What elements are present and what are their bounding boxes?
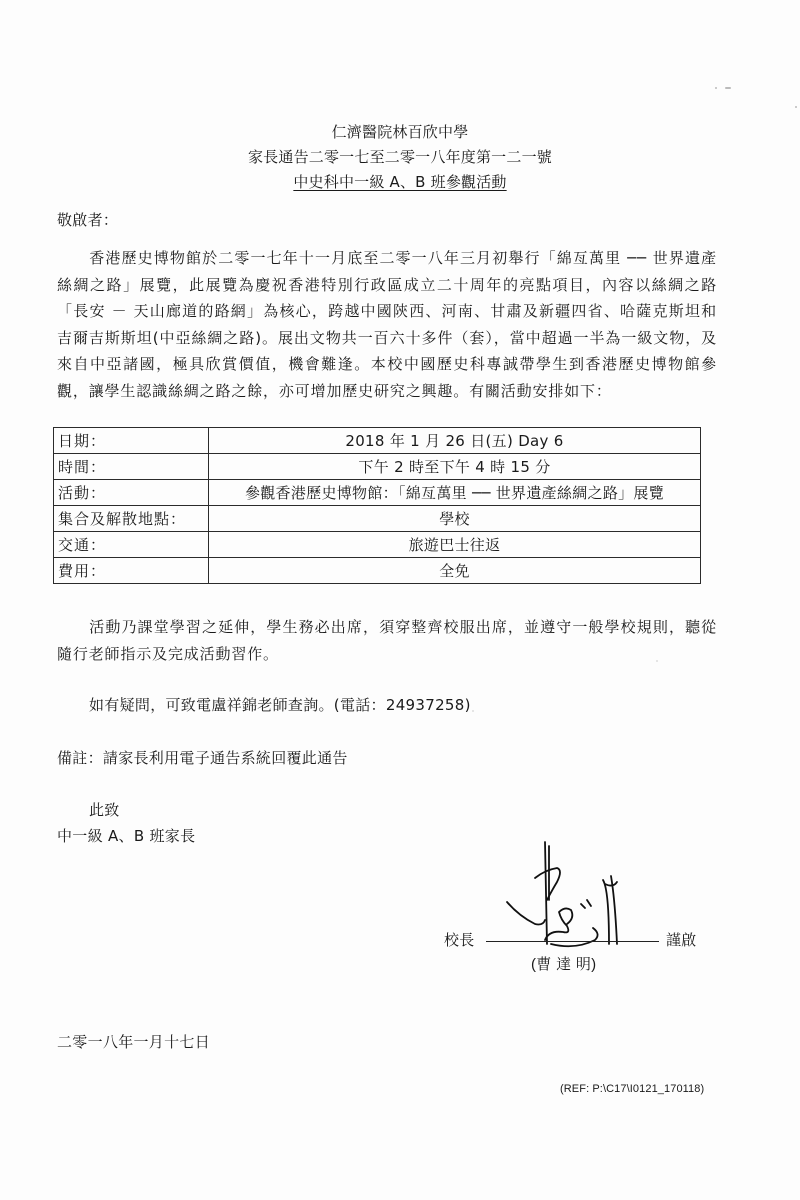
principal-signature xyxy=(505,840,635,950)
location-label: 集合及解散地點： xyxy=(54,506,209,532)
scan-speck xyxy=(656,660,658,662)
attendance-paragraph: 活動乃課堂學習之延伸，學生務必出席，須穿整齊校服出席，並遵守一般學校規則，聽從隨… xyxy=(57,614,717,667)
date-value: 2018 年 1 月 26 日(五) Day 6 xyxy=(209,428,701,454)
attendance-paragraph-text: 活動乃課堂學習之延伸，學生務必出席，須穿整齊校服出席，並遵守一般學校規則，聽從隨… xyxy=(57,618,717,663)
location-value: 學校 xyxy=(209,506,701,532)
date-label: 日期： xyxy=(54,428,209,454)
enquiry-line: 如有疑問，可致電盧祥錦老師查詢。(電話：24937258) xyxy=(89,695,471,715)
notice-subject: 中史科中一級 A、B 班參觀活動 xyxy=(0,172,800,192)
table-row-time: 時間： 下午 2 時至下午 4 時 15 分 xyxy=(54,454,701,480)
transport-value: 旅遊巴士往返 xyxy=(209,532,701,558)
table-row-transport: 交通： 旅遊巴士往返 xyxy=(54,532,701,558)
reference-code: (REF: P:\C17\I0121_170118) xyxy=(560,1083,704,1095)
notice-date: 二零一八年一月十七日 xyxy=(57,1032,210,1052)
intro-paragraph-text: 香港歷史博物館於二零一七年十一月底至二零一八年三月初舉行「綿亙萬里 ── 世界遺… xyxy=(57,249,717,400)
sign-off: 謹啟 xyxy=(666,930,697,950)
closing-greeting: 此致 xyxy=(89,800,120,820)
closing-recipient: 中一級 A、B 班家長 xyxy=(57,826,195,846)
scan-speck xyxy=(795,106,797,108)
scan-speck xyxy=(715,87,717,89)
principal-title: 校長 xyxy=(444,930,475,950)
remark-line: 備註：請家長利用電子通告系統回覆此通告 xyxy=(57,748,348,768)
school-name: 仁濟醫院林百欣中學 xyxy=(0,122,800,142)
principal-name: (曹 達 明) xyxy=(531,955,596,975)
signature-line xyxy=(486,941,659,942)
table-row-fee: 費用： 全免 xyxy=(54,558,701,584)
time-value: 下午 2 時至下午 4 時 15 分 xyxy=(209,454,701,480)
time-label: 時間： xyxy=(54,454,209,480)
scan-speck xyxy=(472,710,474,712)
table-row-date: 日期： 2018 年 1 月 26 日(五) Day 6 xyxy=(54,428,701,454)
activity-value: 參觀香港歷史博物館：「綿亙萬里 ── 世界遺產絲綢之路」展覽 xyxy=(209,480,701,506)
table-row-location: 集合及解散地點： 學校 xyxy=(54,506,701,532)
salutation: 敬啟者： xyxy=(57,210,118,230)
activity-label: 活動： xyxy=(54,480,209,506)
fee-label: 費用： xyxy=(54,558,209,584)
transport-label: 交通： xyxy=(54,532,209,558)
notice-number: 家長通告二零一七至二零一八年度第一二一號 xyxy=(0,147,800,167)
scan-speck xyxy=(725,87,731,89)
fee-value: 全免 xyxy=(209,558,701,584)
table-row-activity: 活動： 參觀香港歷史博物館：「綿亙萬里 ── 世界遺產絲綢之路」展覽 xyxy=(54,480,701,506)
intro-paragraph: 香港歷史博物館於二零一七年十一月底至二零一八年三月初舉行「綿亙萬里 ── 世界遺… xyxy=(57,245,717,405)
activity-details-table: 日期： 2018 年 1 月 26 日(五) Day 6 時間： 下午 2 時至… xyxy=(53,427,701,584)
